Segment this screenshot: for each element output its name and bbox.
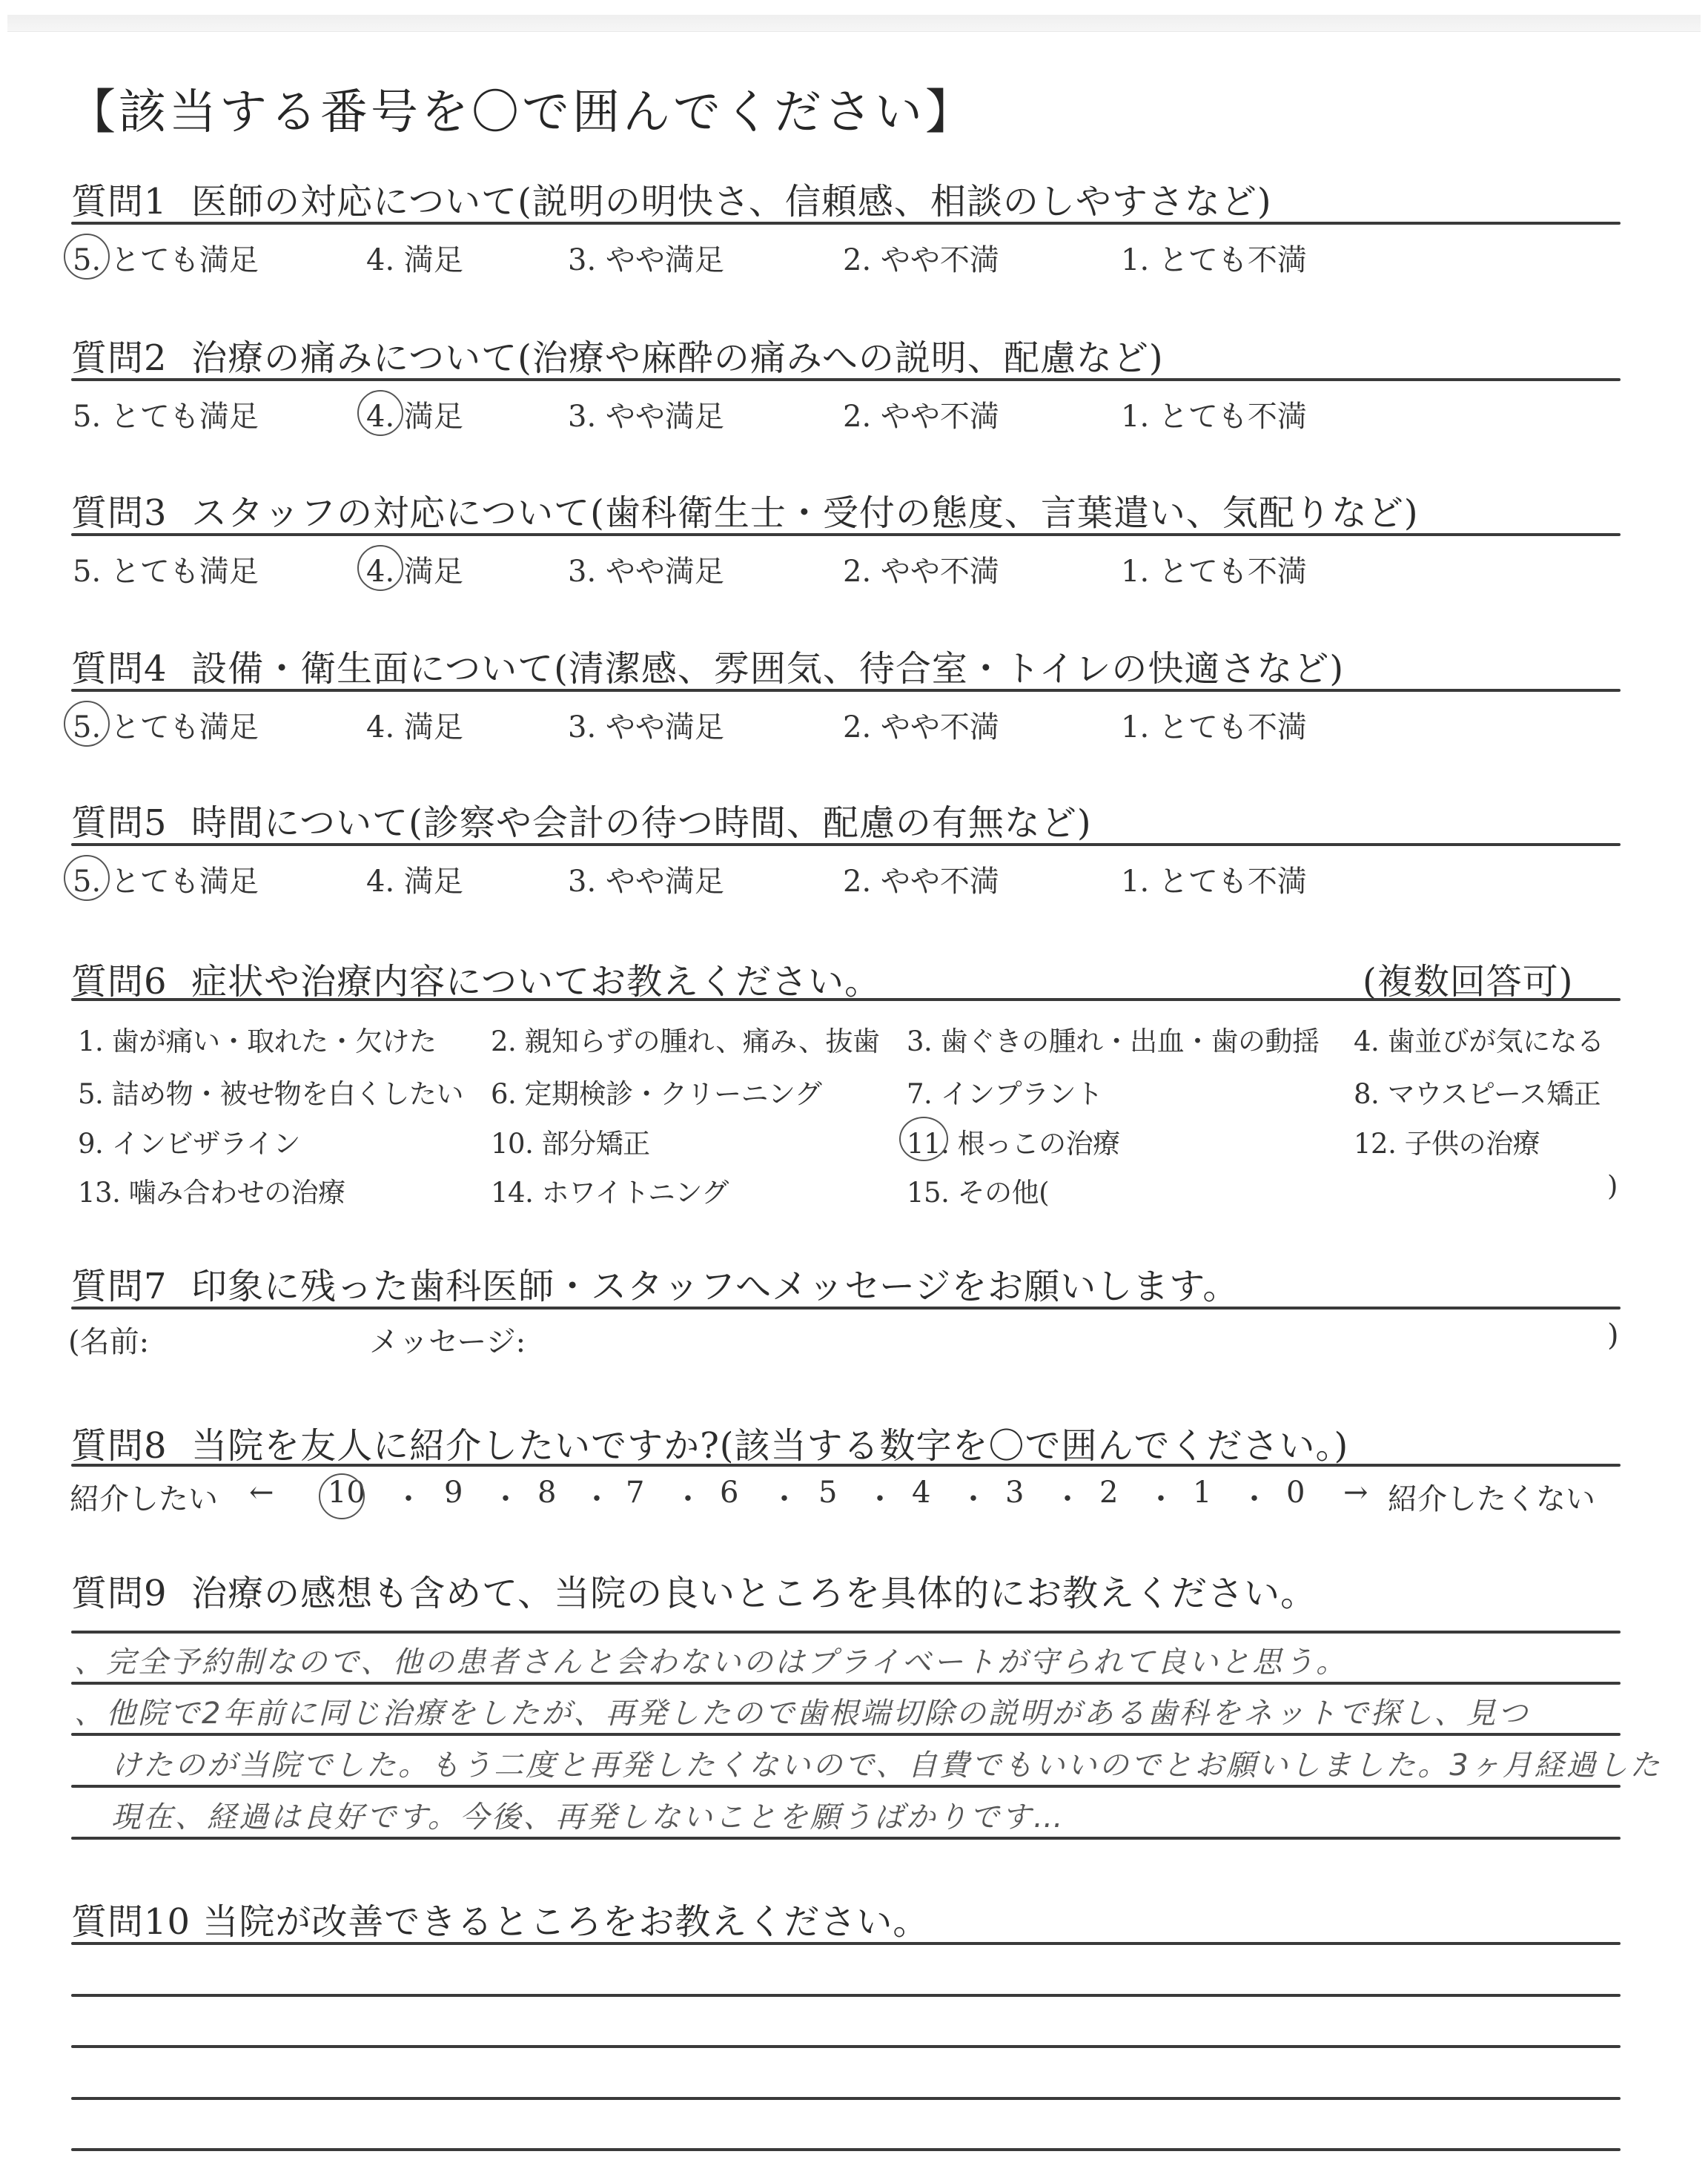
q1-option-2[interactable]: 2. やや不満: [843, 237, 999, 279]
q9-answer-line[interactable]: 、完全予約制なので、他の患者さんと会わないのはプライベートが守られて良いと思う。: [74, 1639, 1348, 1681]
q2-rule: [71, 378, 1621, 381]
q6-checkbox-item[interactable]: 3. 歯ぐきの腫れ・出血・歯の動揺: [907, 1019, 1320, 1059]
q7-name-field[interactable]: [185, 1318, 356, 1353]
q3-selection-circle: [357, 545, 403, 591]
q9-writing-rule: [71, 1682, 1621, 1685]
q1-text: 医師の対応について(説明の明快さ、信頼感、相談のしやすさなど): [191, 181, 1272, 222]
arrow-right-icon: →: [1343, 1476, 1368, 1510]
q3-heading: 質問3 スタッフの対応について(歯科衛生士・受付の態度、言葉遣い、気配りなど): [71, 484, 1419, 535]
q6-checkbox-item[interactable]: 6. 定期検診・クリーニング: [491, 1071, 821, 1112]
q5-rule: [71, 843, 1621, 846]
q7-message-field[interactable]: [549, 1318, 1601, 1353]
q8-separator: ・: [865, 1476, 895, 1518]
q9-writing-rule: [71, 1785, 1621, 1788]
q1-heading: 質問1 医師の対応について(説明の明快さ、信頼感、相談のしやすさなど): [71, 173, 1272, 224]
q2-text: 治療の痛みについて(治療や麻酔の痛みへの説明、配慮など): [191, 337, 1164, 379]
q1-selection-circle: [64, 234, 110, 280]
q8-separator: ・: [1146, 1476, 1176, 1518]
q9-heading: 質問9 治療の感想も含めて、当院の良いところを具体的にお教えください。: [71, 1565, 1317, 1616]
q2-option-1[interactable]: 1. とても不満: [1121, 393, 1307, 435]
q6-checkbox-item[interactable]: 2. 親知らずの腫れ、痛み、抜歯: [491, 1019, 880, 1059]
q3-option-2[interactable]: 2. やや不満: [843, 548, 999, 590]
q6-checkbox-item[interactable]: 1. 歯が痛い・取れた・欠けた: [78, 1019, 437, 1059]
q10-writing-rule: [71, 2148, 1621, 2151]
q4-rule: [71, 689, 1621, 692]
q6-checkbox-item[interactable]: 9. インビザライン: [78, 1121, 300, 1161]
q6-checkbox-item[interactable]: 4. 歯並びが気になる: [1354, 1019, 1604, 1059]
q4-selection-circle: [64, 701, 110, 747]
q3-text: スタッフの対応について(歯科衛生士・受付の態度、言葉遣い、気配りなど): [191, 492, 1419, 534]
q6-selection-circle: [899, 1117, 948, 1161]
q9-label: 質問9: [71, 1573, 168, 1614]
scan-top-edge: [7, 15, 1701, 32]
q7-label: 質問7: [71, 1266, 168, 1307]
q8-scale-option[interactable]: 2: [1099, 1476, 1118, 1510]
q3-label: 質問3: [71, 492, 168, 534]
q7-text: 印象に残った歯科医師・スタッフへメッセージをお願いします。: [191, 1266, 1239, 1307]
q10-label: 質問10: [71, 1901, 191, 1943]
q1-label: 質問1: [71, 181, 168, 222]
q7-close-paren: ): [1607, 1318, 1619, 1353]
q5-selection-circle: [64, 855, 110, 901]
q6-rule: [71, 998, 1621, 1001]
q6-checkbox-item[interactable]: 15. その他(: [907, 1170, 1049, 1210]
q6-label: 質問6: [71, 961, 168, 1003]
q8-separator: ・: [582, 1476, 612, 1518]
q8-scale-option[interactable]: 4: [912, 1476, 930, 1510]
q10-answer-line[interactable]: [74, 2054, 1616, 2093]
q5-option-3[interactable]: 3. やや満足: [568, 858, 724, 900]
q6-heading: 質問6 症状や治療内容についてお教えください。: [71, 953, 881, 1004]
q2-selection-circle: [357, 390, 403, 436]
q8-right-label: 紹介したくない: [1388, 1476, 1595, 1518]
q8-rule: [71, 1464, 1621, 1467]
q8-scale-option[interactable]: 9: [444, 1476, 463, 1510]
q8-scale-option[interactable]: 3: [1005, 1476, 1024, 1510]
q8-separator: ・: [769, 1476, 799, 1518]
q9-writing-rule: [71, 1837, 1621, 1840]
q6-text: 症状や治療内容についてお教えください。: [191, 961, 881, 1003]
q4-label: 質問4: [71, 648, 168, 690]
q3-option-3[interactable]: 3. やや満足: [568, 548, 724, 590]
q8-scale-option[interactable]: 0: [1286, 1476, 1305, 1510]
q6-checkbox-item[interactable]: 13. 噛み合わせの治療: [78, 1170, 345, 1210]
q8-left-label: 紹介したい: [70, 1476, 218, 1518]
q8-separator: ・: [491, 1476, 520, 1518]
q1-option-3[interactable]: 3. やや満足: [568, 237, 724, 279]
q5-label: 質問5: [71, 802, 168, 844]
q8-separator: ・: [1239, 1476, 1269, 1518]
q8-selection-circle: [319, 1473, 365, 1519]
q6-checkbox-item[interactable]: 14. ホワイトニング: [491, 1170, 729, 1210]
q6-checkbox-item[interactable]: 8. マウスピース矯正: [1354, 1071, 1601, 1112]
q5-option-1[interactable]: 1. とても不満: [1121, 858, 1307, 900]
q9-answer-line[interactable]: 、他院で2年前に同じ治療をしたが、再発したので歯根端切除の説明がある歯科をネット…: [74, 1690, 1529, 1732]
q1-rule: [71, 222, 1621, 225]
q10-writing-rule: [71, 2097, 1621, 2100]
q3-option-5[interactable]: 5. とても満足: [73, 548, 259, 590]
q6-checkbox-item[interactable]: 12. 子供の治療: [1354, 1121, 1540, 1161]
q6-note: (複数回答可): [1363, 953, 1573, 1004]
q10-answer-line[interactable]: [74, 2002, 1616, 2041]
q7-rule: [71, 1307, 1621, 1309]
q8-scale-option[interactable]: 1: [1193, 1476, 1211, 1510]
q3-option-1[interactable]: 1. とても不満: [1121, 548, 1307, 590]
q6-checkbox-item[interactable]: 5. 詰め物・被せ物を白くしたい: [78, 1071, 463, 1112]
q8-separator: ・: [673, 1476, 703, 1518]
q9-text: 治療の感想も含めて、当院の良いところを具体的にお教えください。: [191, 1573, 1317, 1614]
q2-label: 質問2: [71, 337, 168, 379]
q8-scale-option[interactable]: 7: [626, 1476, 644, 1510]
q4-option-2[interactable]: 2. やや不満: [843, 704, 999, 746]
q7-name-label: (名前:: [68, 1318, 149, 1361]
q8-scale-option[interactable]: 5: [818, 1476, 837, 1510]
q6-checkbox-item[interactable]: 10. 部分矯正: [491, 1121, 650, 1161]
q7-message-label: メッセージ:: [369, 1318, 526, 1361]
q2-heading: 質問2 治療の痛みについて(治療や麻酔の痛みへの説明、配慮など): [71, 329, 1164, 380]
q10-text: 当院が改善できるところをお教えください。: [202, 1901, 929, 1943]
q9-answer-line[interactable]: 現在、経過は良好です。今後、再発しないことを願うばかりです…: [111, 1794, 1065, 1836]
q10-writing-rule: [71, 2045, 1621, 2048]
q8-label: 質問8: [71, 1425, 168, 1467]
q10-heading: 質問10 当院が改善できるところをお教えください。: [71, 1893, 929, 1944]
q6-close-paren: ): [1607, 1170, 1618, 1202]
q1-option-1[interactable]: 1. とても不満: [1121, 237, 1307, 279]
q8-separator: ・: [1053, 1476, 1082, 1518]
q8-scale-option[interactable]: 8: [537, 1476, 556, 1510]
q4-text: 設備・衛生面について(清潔感、雰囲気、待合室・トイレの快適さなど): [191, 648, 1344, 690]
q8-heading: 質問8 当院を友人に紹介したいですか?(該当する数字を〇で囲んでください。): [71, 1417, 1348, 1468]
arrow-left-icon: ←: [249, 1476, 274, 1510]
q5-heading: 質問5 時間について(診察や会計の待つ時間、配慮の有無など): [71, 794, 1092, 845]
q7-heading: 質問7 印象に残った歯科医師・スタッフへメッセージをお願いします。: [71, 1258, 1239, 1309]
q4-heading: 質問4 設備・衛生面について(清潔感、雰囲気、待合室・トイレの快適さなど): [71, 640, 1344, 691]
q4-option-4[interactable]: 4. 満足: [366, 704, 463, 746]
q2-option-2[interactable]: 2. やや不満: [843, 393, 999, 435]
q2-option-3[interactable]: 3. やや満足: [568, 393, 724, 435]
q9-answer-line[interactable]: けたのが当院でした。もう二度と再発したくないので、自費でもいいのでとお願いしまし…: [111, 1742, 1662, 1784]
q10-answer-line[interactable]: [74, 1951, 1616, 1989]
q4-option-1[interactable]: 1. とても不満: [1121, 704, 1307, 746]
q5-text: 時間について(診察や会計の待つ時間、配慮の有無など): [191, 802, 1092, 844]
q8-scale-option[interactable]: 6: [720, 1476, 738, 1510]
q6-checkbox-item[interactable]: 7. インプラント: [907, 1071, 1103, 1112]
q8-separator: ・: [959, 1476, 988, 1518]
q10-rule: [71, 1942, 1621, 1945]
q5-option-2[interactable]: 2. やや不満: [843, 858, 999, 900]
q2-option-5[interactable]: 5. とても満足: [73, 393, 259, 435]
q4-option-3[interactable]: 3. やや満足: [568, 704, 724, 746]
q3-rule: [71, 533, 1621, 536]
q5-option-4[interactable]: 4. 満足: [366, 858, 463, 900]
q8-separator: ・: [394, 1476, 423, 1518]
page-title: 【該当する番号を〇で囲んでください】: [68, 74, 976, 142]
q9-writing-rule: [71, 1733, 1621, 1736]
q1-option-4[interactable]: 4. 満足: [366, 237, 463, 279]
q10-answer-line[interactable]: [74, 2105, 1616, 2144]
q8-text: 当院を友人に紹介したいですか?(該当する数字を〇で囲んでください。): [191, 1425, 1348, 1467]
q9-rule: [71, 1631, 1621, 1634]
q10-writing-rule: [71, 1994, 1621, 1997]
